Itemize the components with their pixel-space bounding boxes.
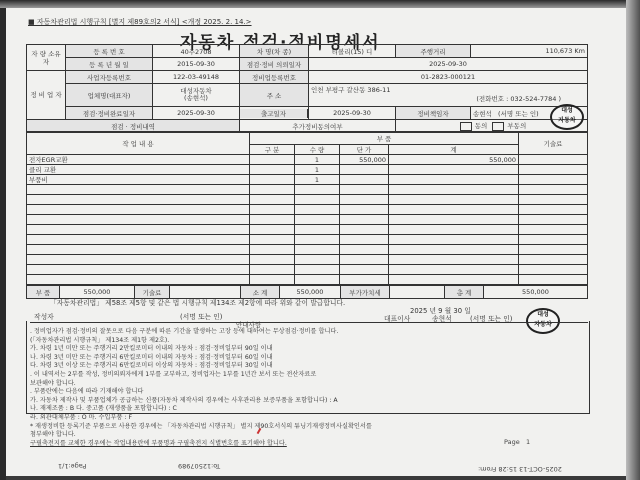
cell-work: 부품비 [27, 175, 250, 185]
stamp-text-top: 대성 [552, 106, 582, 116]
request-date-value: 2025-09-30 [309, 58, 588, 71]
cell-type [250, 165, 295, 175]
cell-total [389, 175, 519, 185]
table-row [27, 185, 588, 195]
table-row: 전자EGR교환1550,000550,000 [27, 155, 588, 165]
col-unit: 단 가 [340, 145, 389, 155]
cell-qty [295, 205, 340, 215]
table-row [27, 275, 588, 285]
address-value: 인천 부평구 갈산동 386-11 [311, 86, 585, 95]
notice-line: 라. 외관대체부품 : O 마. 수입부품 : F [30, 414, 372, 423]
cell-work: 전자EGR교환 [27, 155, 250, 165]
cell-type [250, 215, 295, 225]
scan-shadow-top [0, 0, 640, 8]
cell-qty [295, 215, 340, 225]
mileage-label: 주행거리 [396, 45, 471, 58]
cell-work [27, 235, 250, 245]
cell-qty: 1 [295, 165, 340, 175]
stamp-text-bottom: 자동차 [552, 116, 582, 126]
cell-total: 550,000 [389, 155, 519, 165]
completion-date-label: 점검·정비완료일자 [66, 107, 153, 120]
cell-total [389, 185, 519, 195]
cell-work: 클리 교환 [27, 165, 250, 175]
responsible-sign: (서명 또는 인) [498, 110, 539, 118]
cell-type [250, 255, 295, 265]
cell-total [389, 165, 519, 175]
cell-unit [340, 165, 389, 175]
cell-qty [295, 185, 340, 195]
cell-total [389, 265, 519, 275]
cell-work [27, 255, 250, 265]
table-row [27, 255, 588, 265]
biz-number-label: 사업자등록번호 [66, 71, 153, 84]
address-label: 주 소 [240, 84, 309, 107]
cell-work [27, 185, 250, 195]
cell-labor [519, 275, 588, 285]
labor-header: 기술료 [519, 132, 588, 155]
work-header: 작 업 내 용 [27, 132, 250, 155]
release-date-label: 출고일자 [240, 109, 308, 118]
model-value: 티볼리(15) 디 [309, 45, 396, 58]
cell-labor [519, 225, 588, 235]
scan-edge-right [626, 0, 640, 480]
parts-header: 부 품 [250, 132, 519, 145]
notice-line: 보관해야 합니다. [30, 380, 372, 389]
cell-type [250, 225, 295, 235]
cell-qty [295, 225, 340, 235]
cell-unit [340, 225, 389, 235]
cell-unit [340, 275, 389, 285]
cell-type [250, 275, 295, 285]
fax-from: 2025-OCT-13 15:28 From: [478, 465, 562, 473]
cell-work [27, 275, 250, 285]
cell-work [27, 265, 250, 275]
cell-unit [340, 255, 389, 265]
cell-qty [295, 245, 340, 255]
vehicle-info-table: 자 량 소유자 등 록 번 호 40주2708 차 명(차 종) 티볼리(15)… [26, 44, 588, 133]
cell-qty [295, 195, 340, 205]
release-date-value: 2025-09-30 [309, 107, 396, 120]
shop-reg-label: 정비업등록번호 [240, 71, 309, 84]
notice-line: 첨부해야 합니다. [30, 431, 372, 440]
page-number: 1 [526, 438, 530, 446]
cell-labor [519, 255, 588, 265]
form-note: ■ 자동차관리법 시행규칙 [별지 제89호의2 서식] <개정 2025. 2… [28, 17, 252, 27]
notice-line: 나. 재제조품 : B 다. 중고품 (재생품을 포함합니다) : C [30, 405, 372, 414]
mileage-value: 110,673 Km [471, 45, 588, 58]
cell-qty: 1 [295, 175, 340, 185]
reg-number-label: 등 록 번 호 [66, 45, 153, 58]
cell-labor [519, 245, 588, 255]
owner-section-label: 자 량 소유자 [27, 45, 66, 71]
fax-to: To:12507989 [178, 462, 220, 470]
cell-type [250, 265, 295, 275]
vat-label: 부가가치세 [341, 286, 390, 299]
responsible-label: 정비책임자 [396, 107, 471, 120]
cell-labor [519, 155, 588, 165]
table-row [27, 245, 588, 255]
disagree-label: 부동의 [507, 122, 526, 130]
notice-line: . 정비업자가 점검·정비의 잘못으로 다음 구분에 따른 기간을 발생하는 고… [30, 328, 372, 337]
cell-type [250, 185, 295, 195]
completion-date-value: 2025-09-30 [153, 107, 240, 120]
cell-unit [340, 245, 389, 255]
cell-work [27, 245, 250, 255]
table-row [27, 205, 588, 215]
fax-to-text: To:12507989 [178, 462, 220, 470]
cell-work [27, 205, 250, 215]
cell-type [250, 175, 295, 185]
shop-reg-value: 01-2823-000121 [309, 71, 588, 84]
notice-line: . 이 내역서는 2부를 작성, 정비의뢰자에게 1부를 교부하고, 정비업자는… [30, 371, 372, 380]
notice-text: . 정비업자가 점검·정비의 잘못으로 다음 구분에 따른 기간을 발생하는 고… [30, 328, 372, 448]
cell-qty [295, 265, 340, 275]
company-seal-stamp: 대성 자동차 [550, 104, 584, 130]
page-indicator: Page 1 [504, 438, 530, 446]
cell-type [250, 245, 295, 255]
cell-type [250, 235, 295, 245]
cell-work [27, 225, 250, 235]
cell-labor [519, 195, 588, 205]
cell-type [250, 195, 295, 205]
phone-value: (전화번호 : 032-524-7784 ) [311, 95, 585, 104]
request-date-label: 점검·정비 의뢰일자 [240, 58, 309, 71]
stamp-text-top: 대성 [528, 310, 558, 320]
cell-total [389, 255, 519, 265]
notice-line: (「자동차관리법 시행규칙」 제134조 제1항 제2호). [30, 337, 372, 346]
reg-date-value: 2015-09-30 [153, 58, 240, 71]
mechanic-section-label: 정 비 업 자 [27, 71, 66, 120]
notice-line: * 재생정비한 등록기준 부품으로 사용한 경우에는 「자동차관리법 시행규칙」… [30, 423, 372, 432]
cell-total [389, 275, 519, 285]
notice-line: 다. 차령 3년 이상 또는 주행거리 6만킬로미터 이상의 자동차 : 점검·… [30, 362, 372, 371]
cell-labor [519, 165, 588, 175]
cell-work [27, 195, 250, 205]
notice-line: 가. 차령 1년 미만 또는 주행거리 2만킬로미터 이내의 자동차 : 점검·… [30, 345, 372, 354]
company-rep: (송현석) [155, 95, 237, 102]
cell-work [27, 215, 250, 225]
col-qty: 수 량 [295, 145, 340, 155]
work-details-table: 작 업 내 용 부 품 기술료 구 분 수 량 단 가 계 전자EGR교환155… [26, 131, 588, 285]
cell-unit [340, 175, 389, 185]
biz-number-value: 122-03-49148 [153, 71, 240, 84]
notice-line: 구필축전지를 교체한 경우에는 작업내용란에 부품명과 구필축전지 식별번호를 … [30, 440, 372, 449]
agree-checkbox[interactable] [460, 122, 472, 131]
grand-total-value: 550,000 [484, 286, 588, 299]
cell-unit [340, 265, 389, 275]
table-row [27, 225, 588, 235]
cell-total [389, 195, 519, 205]
cell-labor [519, 185, 588, 195]
reg-date-label: 등 록 년 월 일 [66, 58, 153, 71]
responsible-name: 송현석 [473, 110, 492, 118]
page-label: Page [504, 438, 520, 446]
cell-type [250, 155, 295, 165]
table-row: 클리 교환1 [27, 165, 588, 175]
col-total: 계 [389, 145, 519, 155]
cell-total [389, 225, 519, 235]
agree-label: 동의 [475, 122, 488, 130]
cell-labor [519, 235, 588, 245]
table-row [27, 215, 588, 225]
cell-labor [519, 205, 588, 215]
cell-labor [519, 265, 588, 275]
cell-unit [340, 215, 389, 225]
table-row [27, 265, 588, 275]
cell-total [389, 245, 519, 255]
company-label: 업체명(대표자) [66, 84, 153, 107]
cell-qty [295, 235, 340, 245]
cell-labor [519, 175, 588, 185]
cell-qty [295, 275, 340, 285]
cell-total [389, 235, 519, 245]
notice-line: . 부품란에는 다음에 따라 기재해야 합니다 [30, 388, 372, 397]
cell-qty: 1 [295, 155, 340, 165]
table-row [27, 195, 588, 205]
cell-unit [340, 185, 389, 195]
cell-unit [340, 235, 389, 245]
cell-total [389, 215, 519, 225]
fax-page: Page:1/1 [58, 462, 86, 470]
writer-sign: (서명 또는 인) [180, 311, 222, 321]
cell-type [250, 205, 295, 215]
reg-number-value: 40주2708 [153, 45, 240, 58]
writer-label: 작성자 [34, 311, 54, 321]
cell-unit [340, 195, 389, 205]
certification-statement: 「자동차관리법」 제58조 제5항 및 같은 법 시행규칙 제134조 제2항에… [50, 297, 345, 307]
table-row: 부품비1 [27, 175, 588, 185]
col-type: 구 분 [250, 145, 295, 155]
model-label: 차 명(차 종) [240, 45, 309, 58]
fax-page-text: Page:1/1 [58, 462, 86, 470]
vat-value [390, 286, 445, 299]
cell-total [389, 205, 519, 215]
fax-from-text: 2025-OCT-13 15:28 From: [478, 465, 562, 473]
disagree-checkbox[interactable] [492, 122, 504, 131]
cell-unit: 550,000 [340, 155, 389, 165]
cell-qty [295, 255, 340, 265]
grand-total-label: 총 계 [445, 286, 484, 299]
table-row [27, 235, 588, 245]
cell-unit [340, 205, 389, 215]
cell-labor [519, 215, 588, 225]
